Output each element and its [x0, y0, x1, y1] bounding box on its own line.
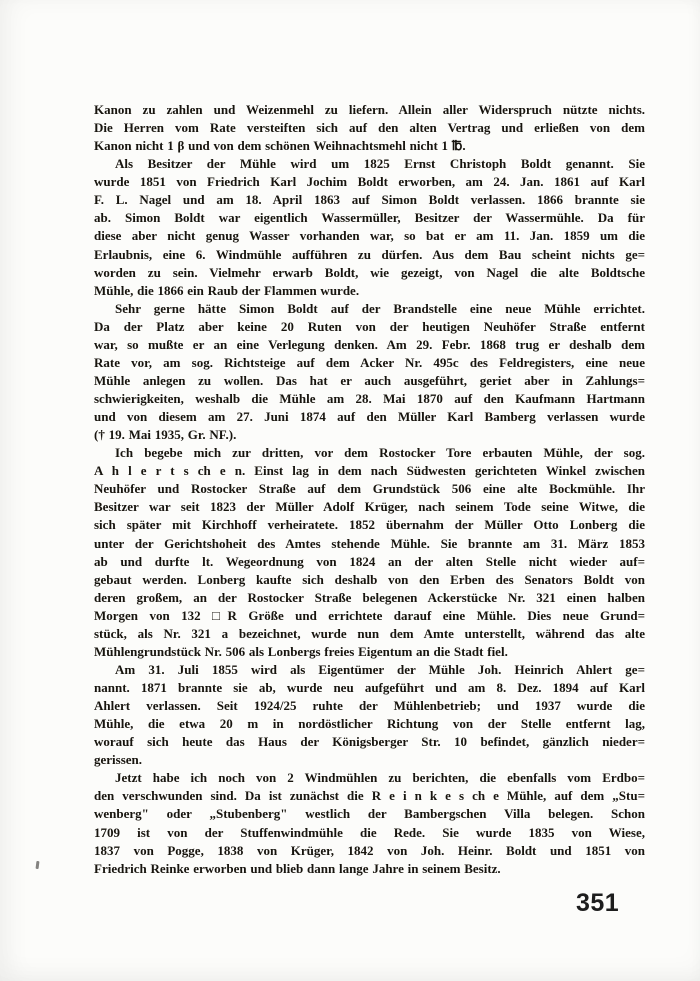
text-line: und von diesem am 27. Juni 1874 auf den …	[94, 408, 645, 426]
text-line: diese aber nicht genug Wasser vorhanden …	[94, 227, 645, 245]
text-line: Neuhöfer und Rostocker Straße auf dem Gr…	[94, 480, 645, 498]
text-line: war, so mußte er an eine Verlegung denke…	[94, 336, 645, 354]
text-line: worauf sich heute das Haus der Königsber…	[94, 733, 645, 751]
text-line: († 19. Mai 1935, Gr. NF.).	[94, 426, 645, 444]
text-line: Mühlengrundstück Nr. 506 als Lonbergs fr…	[94, 643, 645, 661]
text-line: Mühle anlegen zu wollen. Das hat er auch…	[94, 372, 645, 390]
text-line: unter der Gerichtshoheit des Amtes stehe…	[94, 535, 645, 553]
text-line: Kanon zu zahlen und Weizenmehl zu liefer…	[94, 101, 645, 119]
text-line: sich später mit Kirchhoff verheiratete. …	[94, 516, 645, 534]
text-line: wurde 1851 von Friedrich Karl Jochim Bol…	[94, 173, 645, 191]
text-line: ab. Simon Boldt war eigentlich Wassermül…	[94, 209, 645, 227]
text-line: schwierigkeiten, weshalb die Mühle am 28…	[94, 390, 645, 408]
text-line: Friedrich Reinke erworben und blieb dann…	[94, 860, 645, 878]
text-line: Am 31. Juli 1855 wird als Eigentümer der…	[94, 661, 645, 679]
text-line: 1709 ist von der Stuffenwindmühle die Re…	[94, 824, 645, 842]
text-line: Jetzt habe ich noch von 2 Windmühlen zu …	[94, 769, 645, 787]
text-line: Ahlert verlassen. Seit 1924/25 ruhte der…	[94, 697, 645, 715]
scan-speck-artifact	[36, 861, 40, 869]
text-line: Da der Platz aber keine 20 Ruten von der…	[94, 318, 645, 336]
text-line: Ich begebe mich zur dritten, vor dem Ros…	[94, 444, 645, 462]
text-line: Als Besitzer der Mühle wird um 1825 Erns…	[94, 155, 645, 173]
text-line: F. L. Nagel und am 18. April 1863 auf Si…	[94, 191, 645, 209]
text-line: den verschwunden sind. Da ist zunächst d…	[94, 787, 645, 805]
text-line: wenberg" oder „Stubenberg" westlich der …	[94, 805, 645, 823]
text-line: Morgen von 132 □R Größe und errichtete d…	[94, 607, 645, 625]
scanned-book-page: Kanon zu zahlen und Weizenmehl zu liefer…	[0, 0, 700, 981]
text-line: Sehr gerne hätte Simon Boldt auf der Bra…	[94, 300, 645, 318]
page-number: 351	[576, 889, 628, 918]
text-line: gerissen.	[94, 751, 645, 769]
text-line: Die Herren vom Rate versteiften sich auf…	[94, 119, 645, 137]
text-line: gebaut werden. Lonberg kaufte sich desha…	[94, 571, 645, 589]
text-line: nannt. 1871 brannte sie ab, wurde neu au…	[94, 679, 645, 697]
text-line: stück, als Nr. 321 a bezeichnet, wurde n…	[94, 625, 645, 643]
text-line: Mühle, die 1866 ein Raub der Flammen wur…	[94, 282, 645, 300]
text-line: Mühle, die etwa 20 m in nordöstlicher Ri…	[94, 715, 645, 733]
text-line: ab und durfte lt. Wegeordnung von 1824 a…	[94, 553, 645, 571]
text-line: Kanon nicht 1 β und von dem schönen Weih…	[94, 137, 645, 155]
text-line: Erlaubnis, eine 6. Windmühle aufführen z…	[94, 246, 645, 264]
text-line: Besitzer war seit 1823 der Müller Adolf …	[94, 498, 645, 516]
text-line: deren großem, an der Rostocker Straße be…	[94, 589, 645, 607]
text-line: 1837 von Pogge, 1838 von Krüger, 1842 vo…	[94, 842, 645, 860]
text-block: Kanon zu zahlen und Weizenmehl zu liefer…	[94, 101, 645, 878]
text-line: Rate vor, am sog. Richtsteige auf dem Ac…	[94, 354, 645, 372]
text-line: A h l e r t s ch e n. Einst lag in dem n…	[94, 462, 645, 480]
text-line: worden zu sein. Vielmehr erwarb Boldt, w…	[94, 264, 645, 282]
